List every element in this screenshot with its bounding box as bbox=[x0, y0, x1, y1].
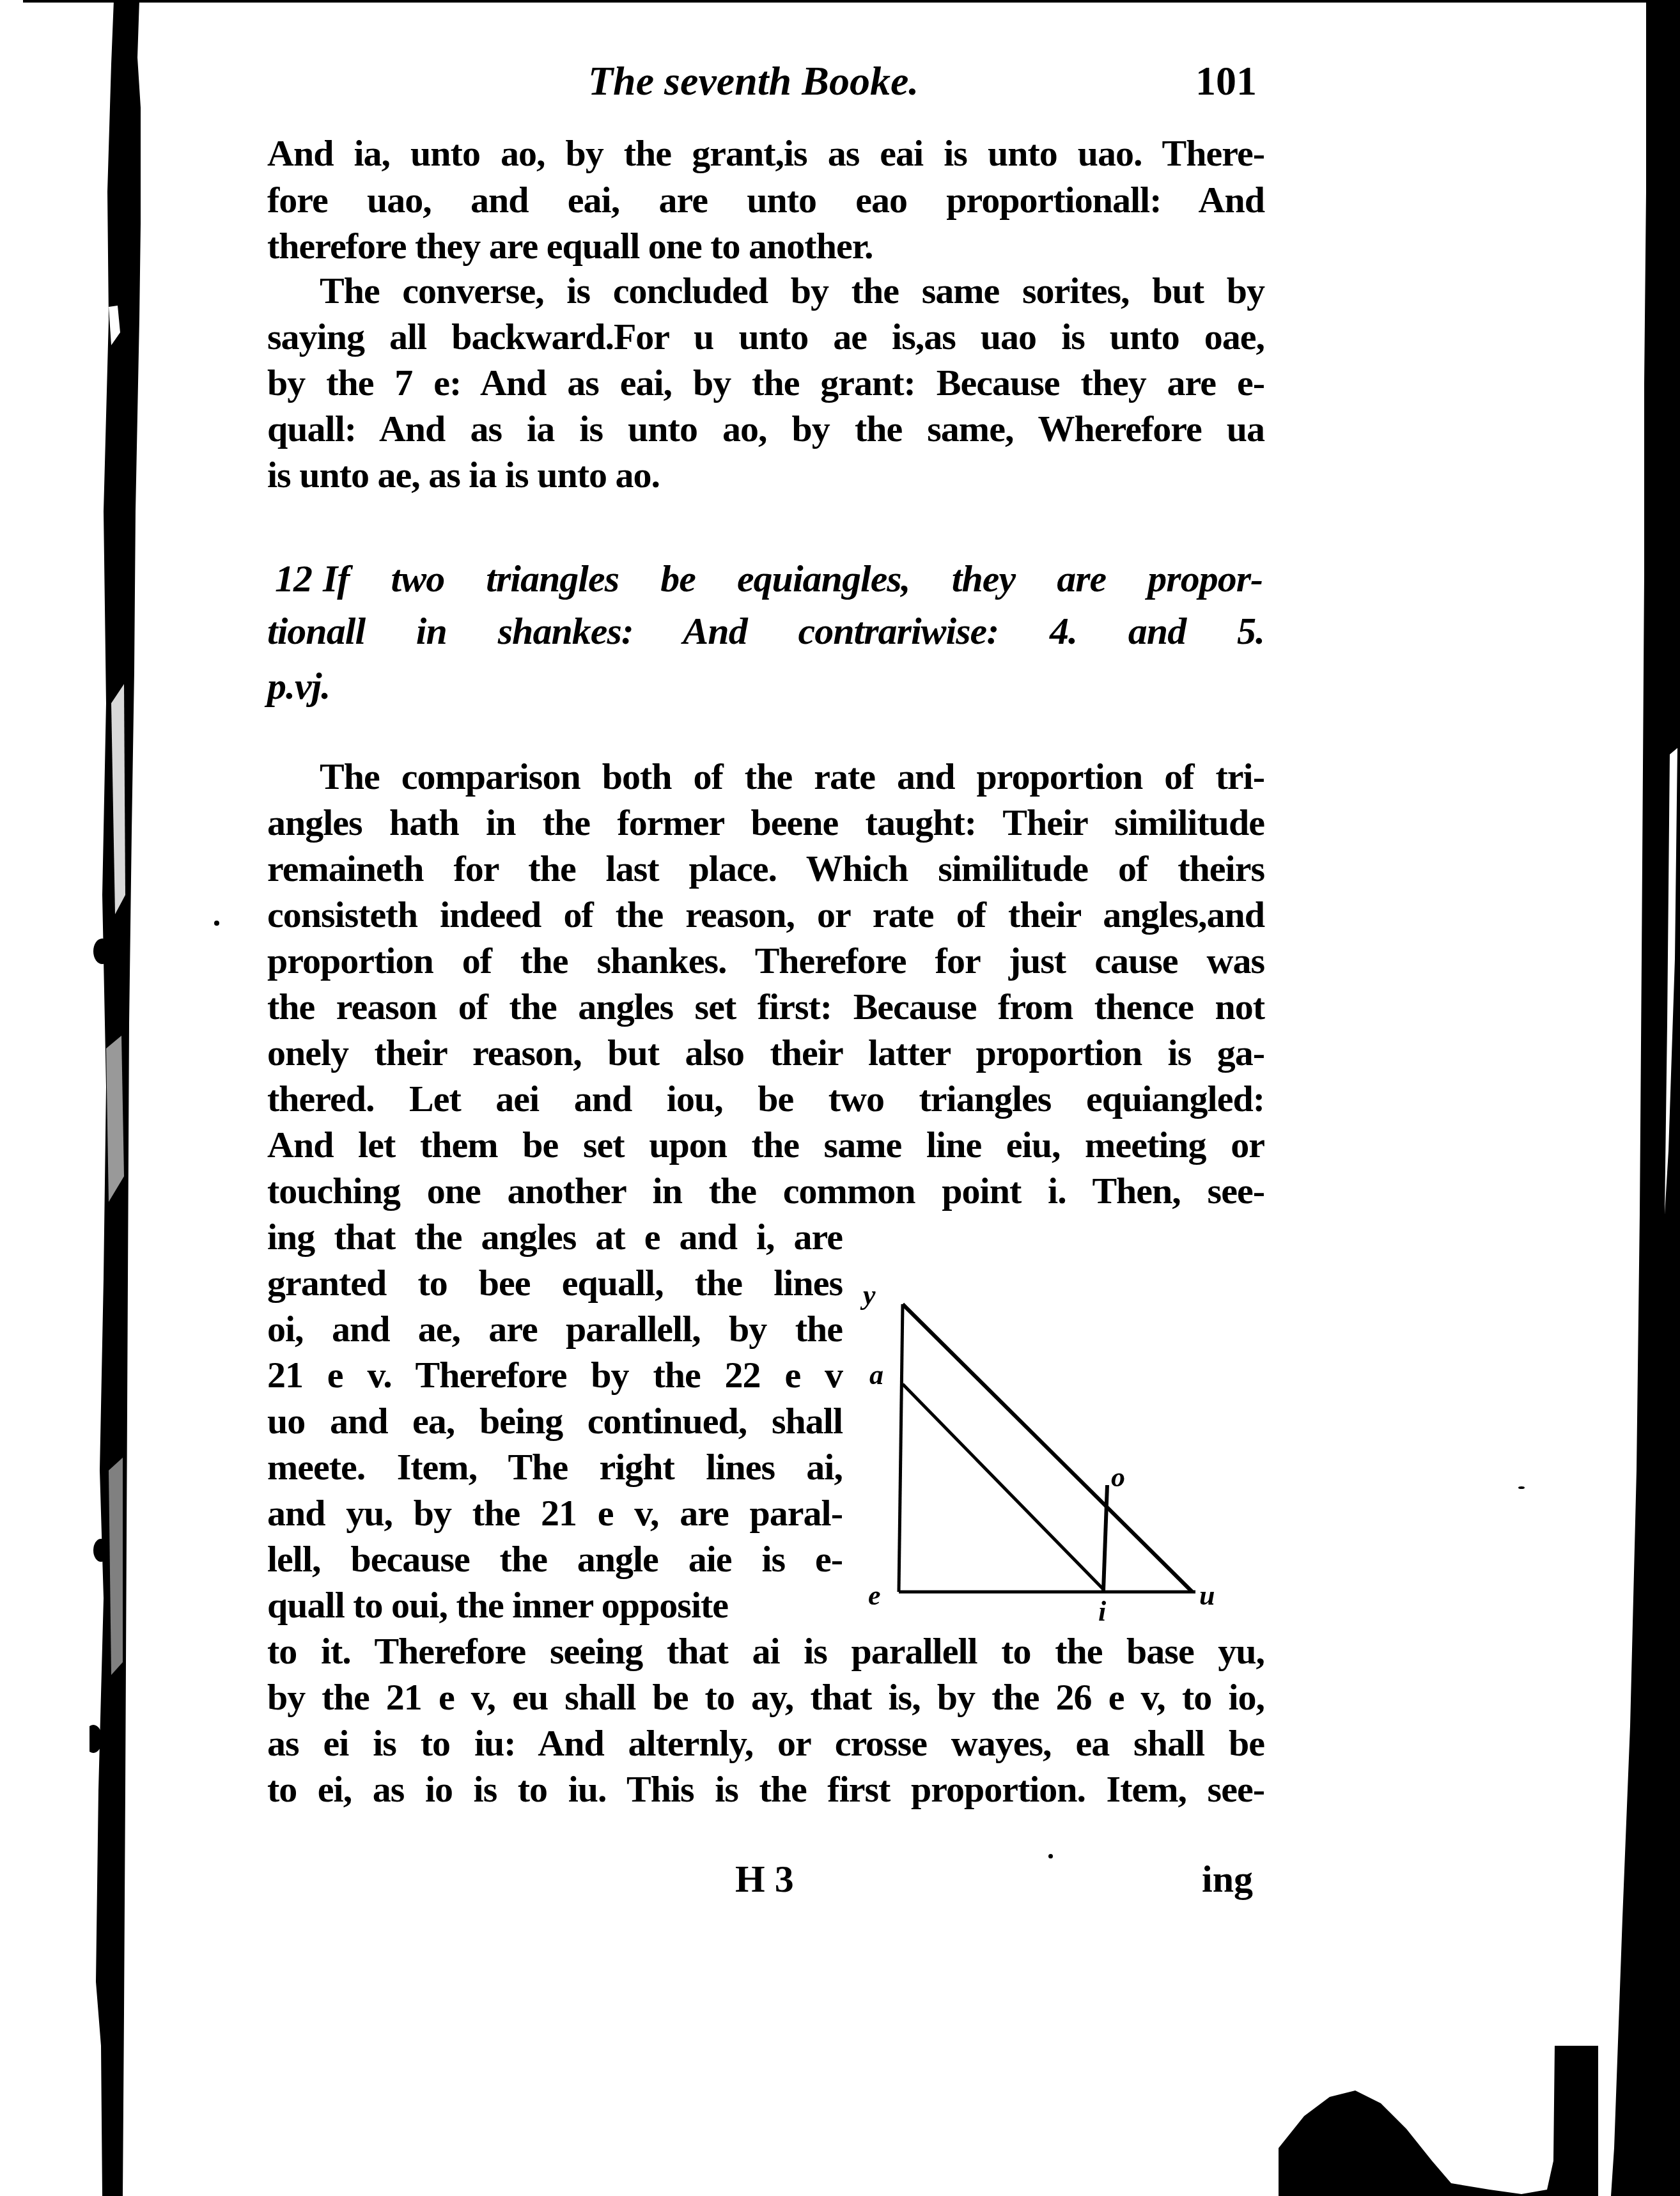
text-line: saying all backward.For u unto ae is,as … bbox=[267, 315, 1264, 359]
label-y: y bbox=[860, 1279, 876, 1311]
text-line: and yu, by the 21 e v, are paral- bbox=[267, 1491, 843, 1536]
proposition-line: If two triangles be equiangles, they are… bbox=[323, 556, 1263, 601]
text-line: And let them be set upon the same line e… bbox=[267, 1123, 1264, 1167]
page-edge-right bbox=[1611, 0, 1680, 2196]
text-line: And ia, unto ao, by the grant,is as eai … bbox=[267, 131, 1264, 176]
text-line: fore uao, and eai, are unto eao proporti… bbox=[267, 178, 1264, 222]
label-u: u bbox=[1199, 1580, 1215, 1611]
text-line: proportion of the shankes. Therefore for… bbox=[267, 938, 1264, 983]
text-line: uo and ea, being continued, shall bbox=[267, 1399, 843, 1444]
scan-top-edge bbox=[23, 0, 1680, 3]
triangle-diagram: y a o e i u bbox=[857, 1266, 1266, 1624]
text-line: oi, and ae, are parallell, by the bbox=[267, 1307, 843, 1351]
running-title: The seventh Booke. bbox=[588, 58, 919, 109]
text-line: touching one another in the common point… bbox=[267, 1169, 1264, 1213]
text-line: quall to oui, the inner opposite bbox=[267, 1583, 843, 1628]
text-line: angles hath in the former beene taught: … bbox=[267, 800, 1264, 845]
text-line: remaineth for the last place. Which simi… bbox=[267, 846, 1264, 891]
text-line: by the 21 e v, eu shall be to ay, that i… bbox=[267, 1675, 1264, 1720]
signature-mark: H 3 bbox=[735, 1857, 794, 1901]
page-corner-shadow bbox=[1279, 2046, 1680, 2196]
text-line: as ei is to iu: And alternly, or crosse … bbox=[267, 1721, 1264, 1766]
text-line: to ei, as io is to iu. This is the first… bbox=[267, 1767, 1264, 1812]
binding-gutter-left bbox=[89, 0, 141, 2196]
text-line: lell, because the angle aie is e- bbox=[267, 1537, 843, 1582]
text-line: quall: And as ia is unto ao, by the same… bbox=[267, 407, 1264, 451]
proposition-number: 12 bbox=[275, 556, 326, 601]
ink-speck bbox=[1048, 1854, 1053, 1858]
text-line: granted to bee equall, the lines bbox=[267, 1261, 843, 1305]
text-line: to it. Therefore seeing that ai is paral… bbox=[267, 1629, 1264, 1674]
catchword: ing bbox=[1202, 1857, 1253, 1901]
text-line: meete. Item, The right lines ai, bbox=[267, 1445, 843, 1490]
text-line: thered. Let aei and iou, be two triangle… bbox=[267, 1077, 1264, 1121]
text-line: The converse, is concluded by the same s… bbox=[320, 269, 1264, 313]
label-e: e bbox=[868, 1580, 881, 1611]
book-page: The seventh Booke. 101 And ia, unto ao, … bbox=[0, 0, 1680, 2196]
text-line: is unto ae, as ia is unto ao. bbox=[267, 453, 1264, 497]
text-line: therefore they are equall one to another… bbox=[267, 224, 1264, 269]
ink-speck bbox=[1518, 1486, 1525, 1489]
label-a: a bbox=[869, 1359, 883, 1390]
text-line: the reason of the angles set first: Beca… bbox=[267, 985, 1264, 1029]
proposition-reference: p.vj. bbox=[267, 664, 1264, 708]
text-line: ing that the angles at e and i, are bbox=[267, 1215, 843, 1259]
page-number: 101 bbox=[1195, 58, 1257, 109]
proposition-line: tionall in shankes: And contrariwise: 4.… bbox=[267, 609, 1264, 653]
text-line: 21 e v. Therefore by the 22 e v bbox=[267, 1353, 843, 1398]
text-line: onely their reason, but also their latte… bbox=[267, 1031, 1264, 1075]
text-line: The comparison both of the rate and prop… bbox=[320, 754, 1264, 799]
text-line: by the 7 e: And as eai, by the grant: Be… bbox=[267, 361, 1264, 405]
label-o: o bbox=[1111, 1461, 1125, 1493]
ink-speck bbox=[214, 921, 219, 926]
text-line: consisteth indeed of the reason, or rate… bbox=[267, 892, 1264, 937]
label-i: i bbox=[1098, 1596, 1107, 1624]
